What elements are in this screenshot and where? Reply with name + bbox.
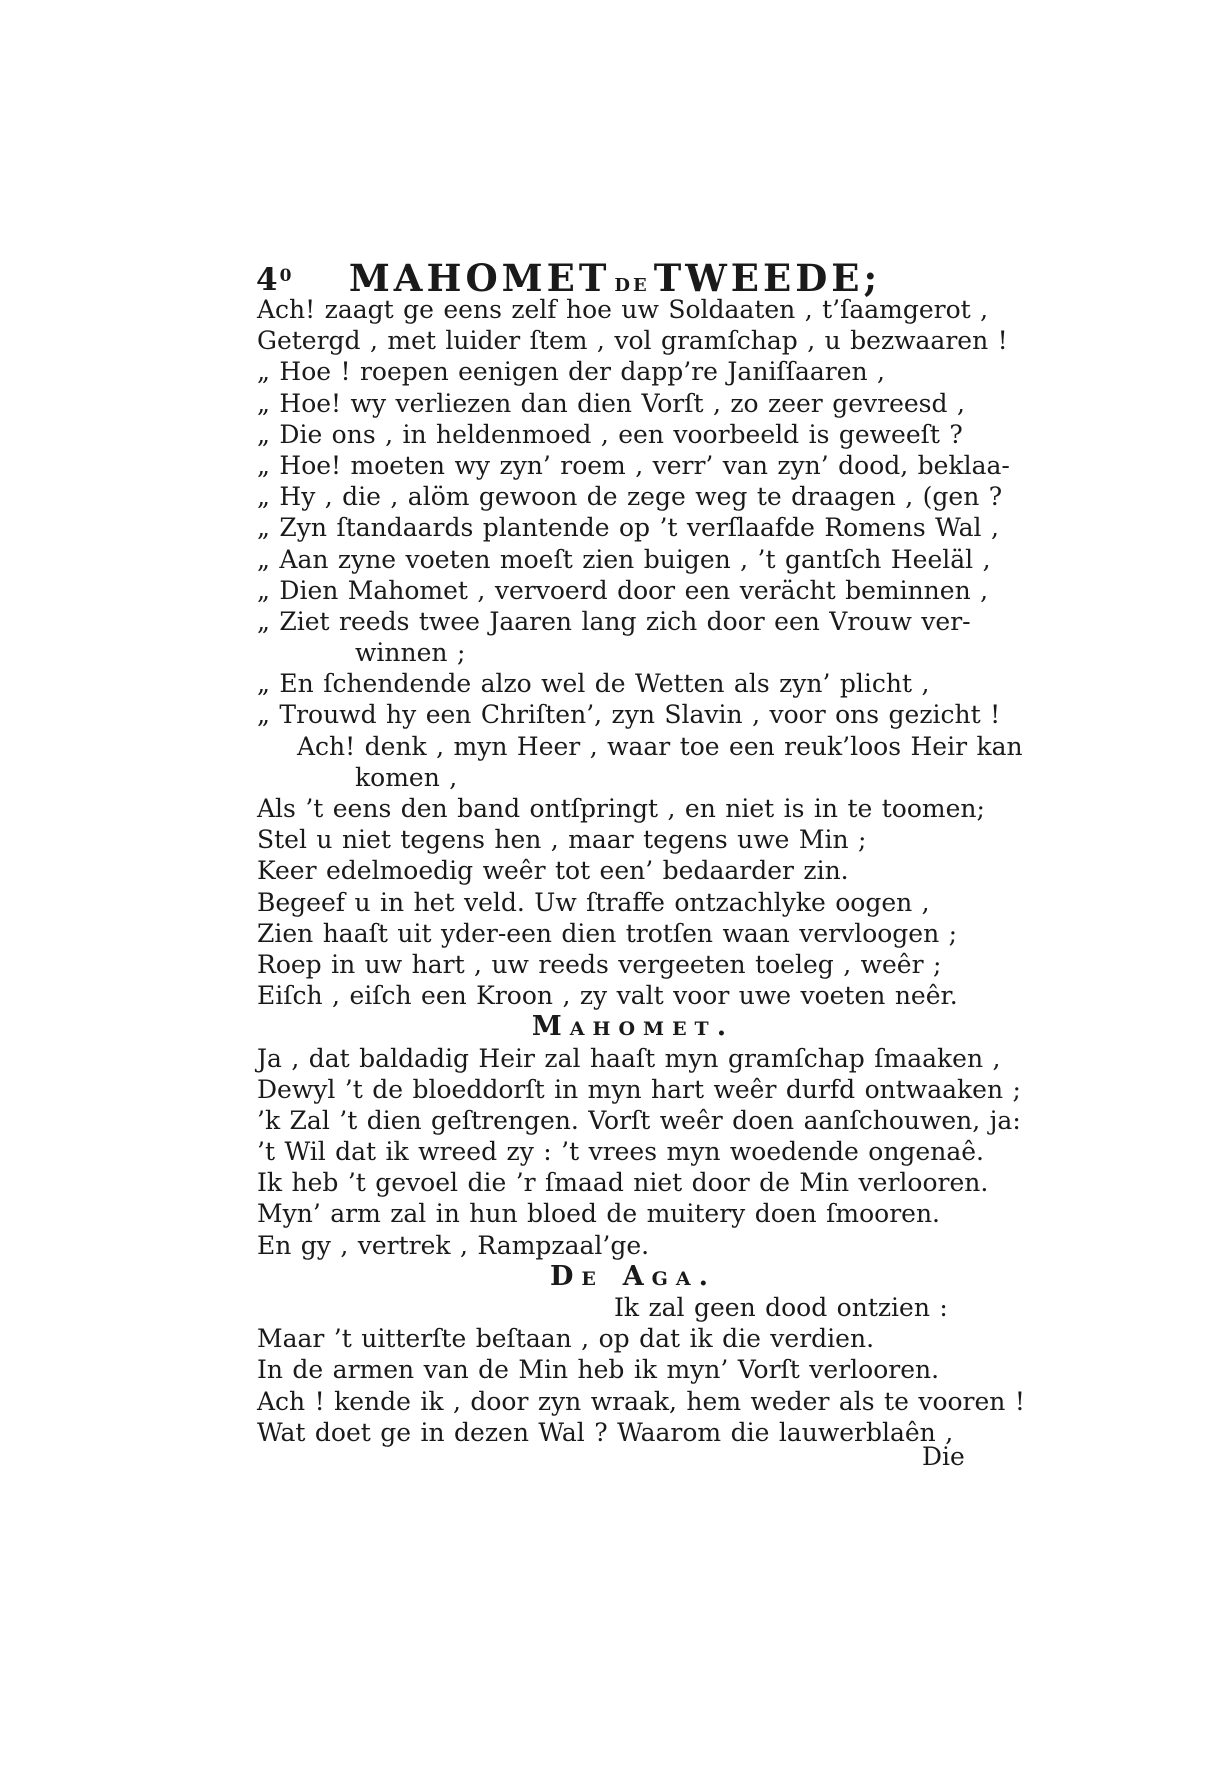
verse-line: winnen ; — [257, 637, 1009, 668]
verse-line: Ach ! kende ik , door zyn wraak, hem wed… — [257, 1386, 1009, 1417]
verse-line: Ach! denk , myn Heer , waar toe een reuk… — [257, 731, 1009, 762]
speaker-heading: De Aga. — [257, 1261, 1009, 1292]
verse-line: „ En ſchendende alzo wel de Wetten als z… — [257, 668, 1009, 699]
verse-line: Stel u niet tegens hen , maar tegens uwe… — [257, 824, 1009, 855]
verse-line: Ach! zaagt ge eens zelf hoe uw Soldaaten… — [257, 294, 1009, 325]
verse-line: Als ’t eens den band ontſpringt , en nie… — [257, 793, 1009, 824]
verse-line: Maar ’t uitterſte beſtaan , op dat ik di… — [257, 1323, 1009, 1354]
verse-line: „ Zyn ſtandaards plantende op ’t verſlaa… — [257, 512, 1009, 543]
verse-line: ’k Zal ’t dien geſtrengen. Vorſt weêr do… — [257, 1105, 1009, 1136]
verse-line: Roep in uw hart , uw reeds vergeeten toe… — [257, 949, 1009, 980]
verse-line: „ Hoe ! roepen eenigen der dapp’re Janiſ… — [257, 356, 1009, 387]
verse-line: En gy , vertrek , Rampzaal’ge. — [257, 1230, 1009, 1261]
verse-line: Ja , dat baldadig Heir zal haaſt myn gra… — [257, 1043, 1009, 1074]
verse-line: Zien haaſt uit yder-een dien trotſen waa… — [257, 918, 1009, 949]
verse-line: komen , — [257, 762, 1009, 793]
verse-line: Wat doet ge in dezen Wal ? Waarom die la… — [257, 1417, 1009, 1448]
verse-line: „ Aan zyne voeten moeſt zien buigen , ’t… — [257, 544, 1009, 575]
verse-line: „ Ziet reeds twee Jaaren lang zich door … — [257, 606, 1009, 637]
verse-line: ’t Wil dat ik wreed zy : ’t vrees myn wo… — [257, 1136, 1009, 1167]
verse-line: Dewyl ’t de bloeddorſt in myn hart weêr … — [257, 1074, 1009, 1105]
verse-line: Myn’ arm zal in hun bloed de muitery doe… — [257, 1198, 1009, 1229]
verse-line: In de armen van de Min heb ik myn’ Vorſt… — [257, 1354, 1009, 1385]
verse-line: „ Hoe! moeten wy zyn’ roem , verr’ van z… — [257, 450, 1009, 481]
verse-line: „ Hy , die , alöm gewoon de zege weg te … — [257, 481, 1009, 512]
speaker-heading: Mahomet. — [257, 1011, 1009, 1042]
catchword: Die — [922, 1442, 965, 1471]
verse-line: Getergd , met luider ſtem , vol gramſcha… — [257, 325, 1009, 356]
verse-line: „ Dien Mahomet , vervoerd door een veräc… — [257, 575, 1009, 606]
verse-line: Keer edelmoedig weêr tot een’ bedaarder … — [257, 855, 1009, 886]
verse-line: Ik heb ’t gevoel die ’r ſmaad niet door … — [257, 1167, 1009, 1198]
verse-line: Eiſch , eiſch een Kroon , zy valt voor u… — [257, 980, 1009, 1011]
verse-line: Begeef u in het veld. Uw ſtraffe ontzach… — [257, 887, 1009, 918]
verse-line: Ik zal geen dood ontzien : — [257, 1292, 1009, 1323]
book-page: 40 MAHOMETdeTWEEDE; Ach! zaagt ge eens z… — [0, 0, 1230, 1782]
verse-line: „ Trouwd hy een Chriſten’, zyn Slavin , … — [257, 699, 1009, 730]
verse-text: Ach! zaagt ge eens zelf hoe uw Soldaaten… — [257, 294, 1009, 1448]
verse-line: „ Die ons , in heldenmoed , een voorbeel… — [257, 419, 1009, 450]
verse-line: „ Hoe! wy verliezen dan dien Vorſt , zo … — [257, 388, 1009, 419]
